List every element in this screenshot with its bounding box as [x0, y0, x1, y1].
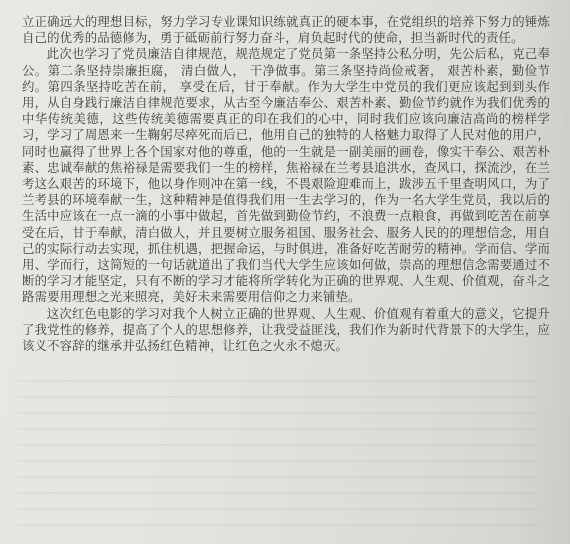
- bleed-through-text: [18, 370, 538, 540]
- paragraph-1: 立正确远大的理想目标，努力学习专业课知识练就真正的硬本事，在党组织的培养下努力的…: [22, 14, 550, 46]
- document-page: 立正确远大的理想目标，努力学习专业课知识练就真正的硬本事，在党组织的培养下努力的…: [22, 14, 550, 354]
- paragraph-3: 这次红色电影的学习对我个人树立正确的世界观、人生观、价值观有着重大的意义，它提升…: [22, 306, 550, 355]
- paragraph-2: 此次也学习了党员廉洁自律规范，规范规定了党员第一条坚持公私分明，先公后私，克己奉…: [22, 46, 550, 305]
